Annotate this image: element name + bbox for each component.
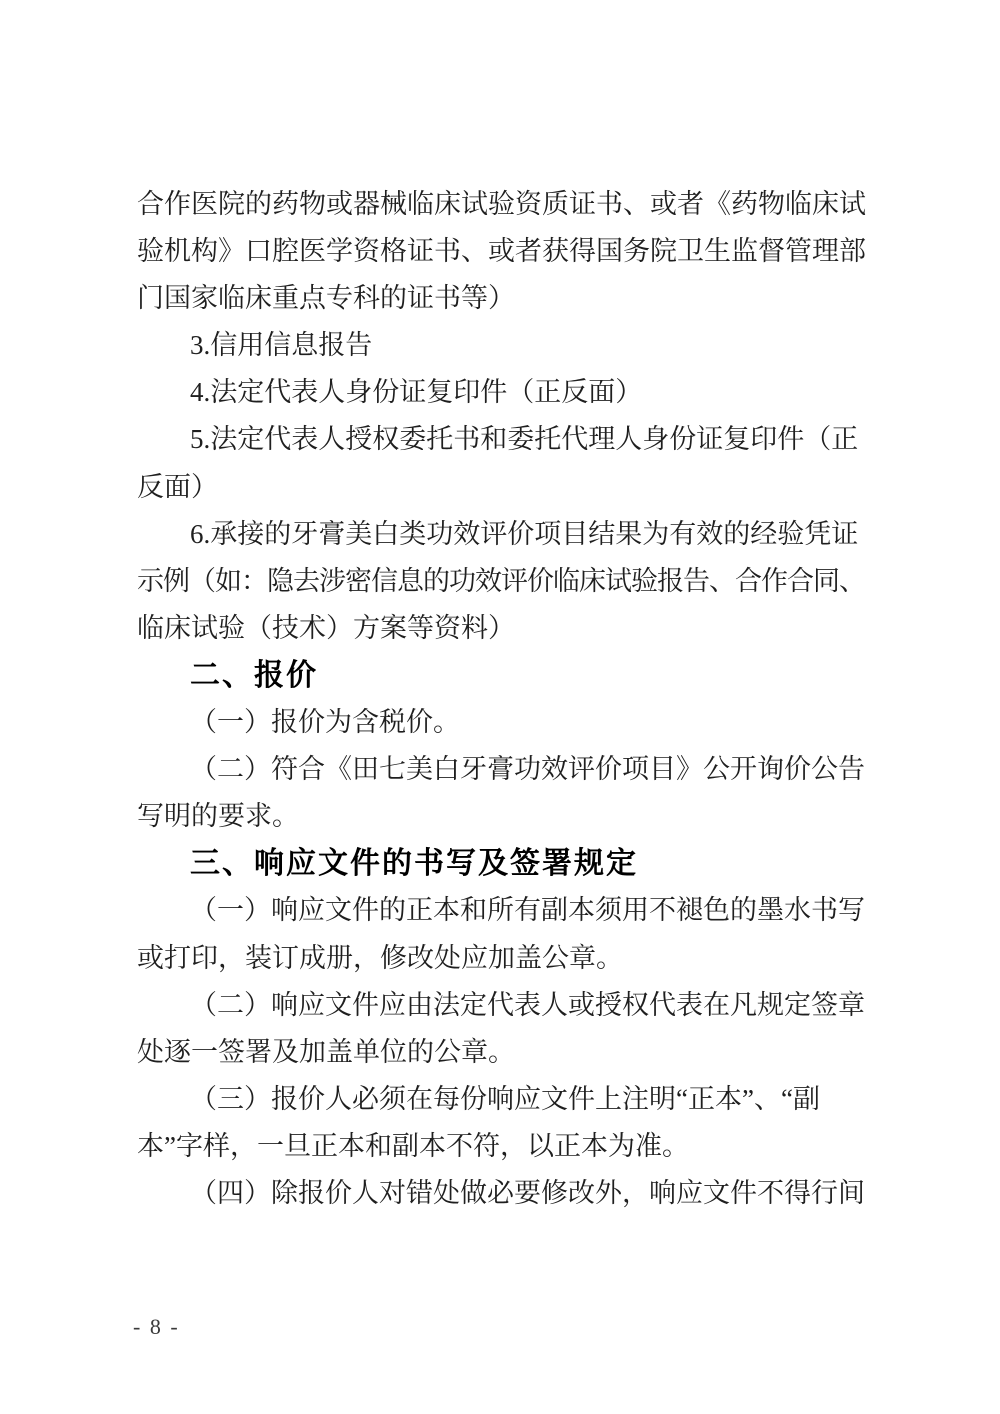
text-line: 4.法定代表人身份证复印件（正反面） [137,369,867,416]
text-line: 5.法定代表人授权委托书和委托代理人身份证复印件（正 [137,416,867,463]
text-line: 或打印，装订成册，修改处应加盖公章。 [137,935,867,982]
text-line: （一）报价为含税价。 [137,699,867,746]
text-line: 验机构》口腔医学资格证书、或者获得国务院卫生监督管理部 [137,228,867,275]
section-heading: 二、报价 [137,652,867,699]
text-line: 6.承接的牙膏美白类功效评价项目结果为有效的经验凭证 [137,511,867,558]
text-line: （二）符合《田七美白牙膏功效评价项目》公开询价公告 [137,746,867,793]
text-line: 临床试验（技术）方案等资料） [137,605,867,652]
text-line: 本”字样，一旦正本和副本不符，以正本为准。 [137,1123,867,1170]
text-line: 合作医院的药物或器械临床试验资质证书、或者《药物临床试 [137,181,867,228]
text-line: 示例（如：隐去涉密信息的功效评价临床试验报告、合作合同、 [137,558,867,605]
document-page: 合作医院的药物或器械临床试验资质证书、或者《药物临床试验机构》口腔医学资格证书、… [0,0,1000,1414]
text-line: （四）除报价人对错处做必要修改外，响应文件不得行间 [137,1170,867,1217]
page-number: - 8 - [133,1312,180,1342]
text-line: 处逐一签署及加盖单位的公章。 [137,1029,867,1076]
section-heading: 三、响应文件的书写及签署规定 [137,840,867,887]
text-line: （一）响应文件的正本和所有副本须用不褪色的墨水书写 [137,887,867,934]
document-content: 合作医院的药物或器械临床试验资质证书、或者《药物临床试验机构》口腔医学资格证书、… [137,181,867,1217]
text-line: （三）报价人必须在每份响应文件上注明“正本”、“副 [137,1076,867,1123]
text-line: 3.信用信息报告 [137,322,867,369]
text-line: 写明的要求。 [137,793,867,840]
text-line: 门国家临床重点专科的证书等） [137,275,867,322]
text-line: 反面） [137,464,867,511]
text-line: （二）响应文件应由法定代表人或授权代表在凡规定签章 [137,982,867,1029]
